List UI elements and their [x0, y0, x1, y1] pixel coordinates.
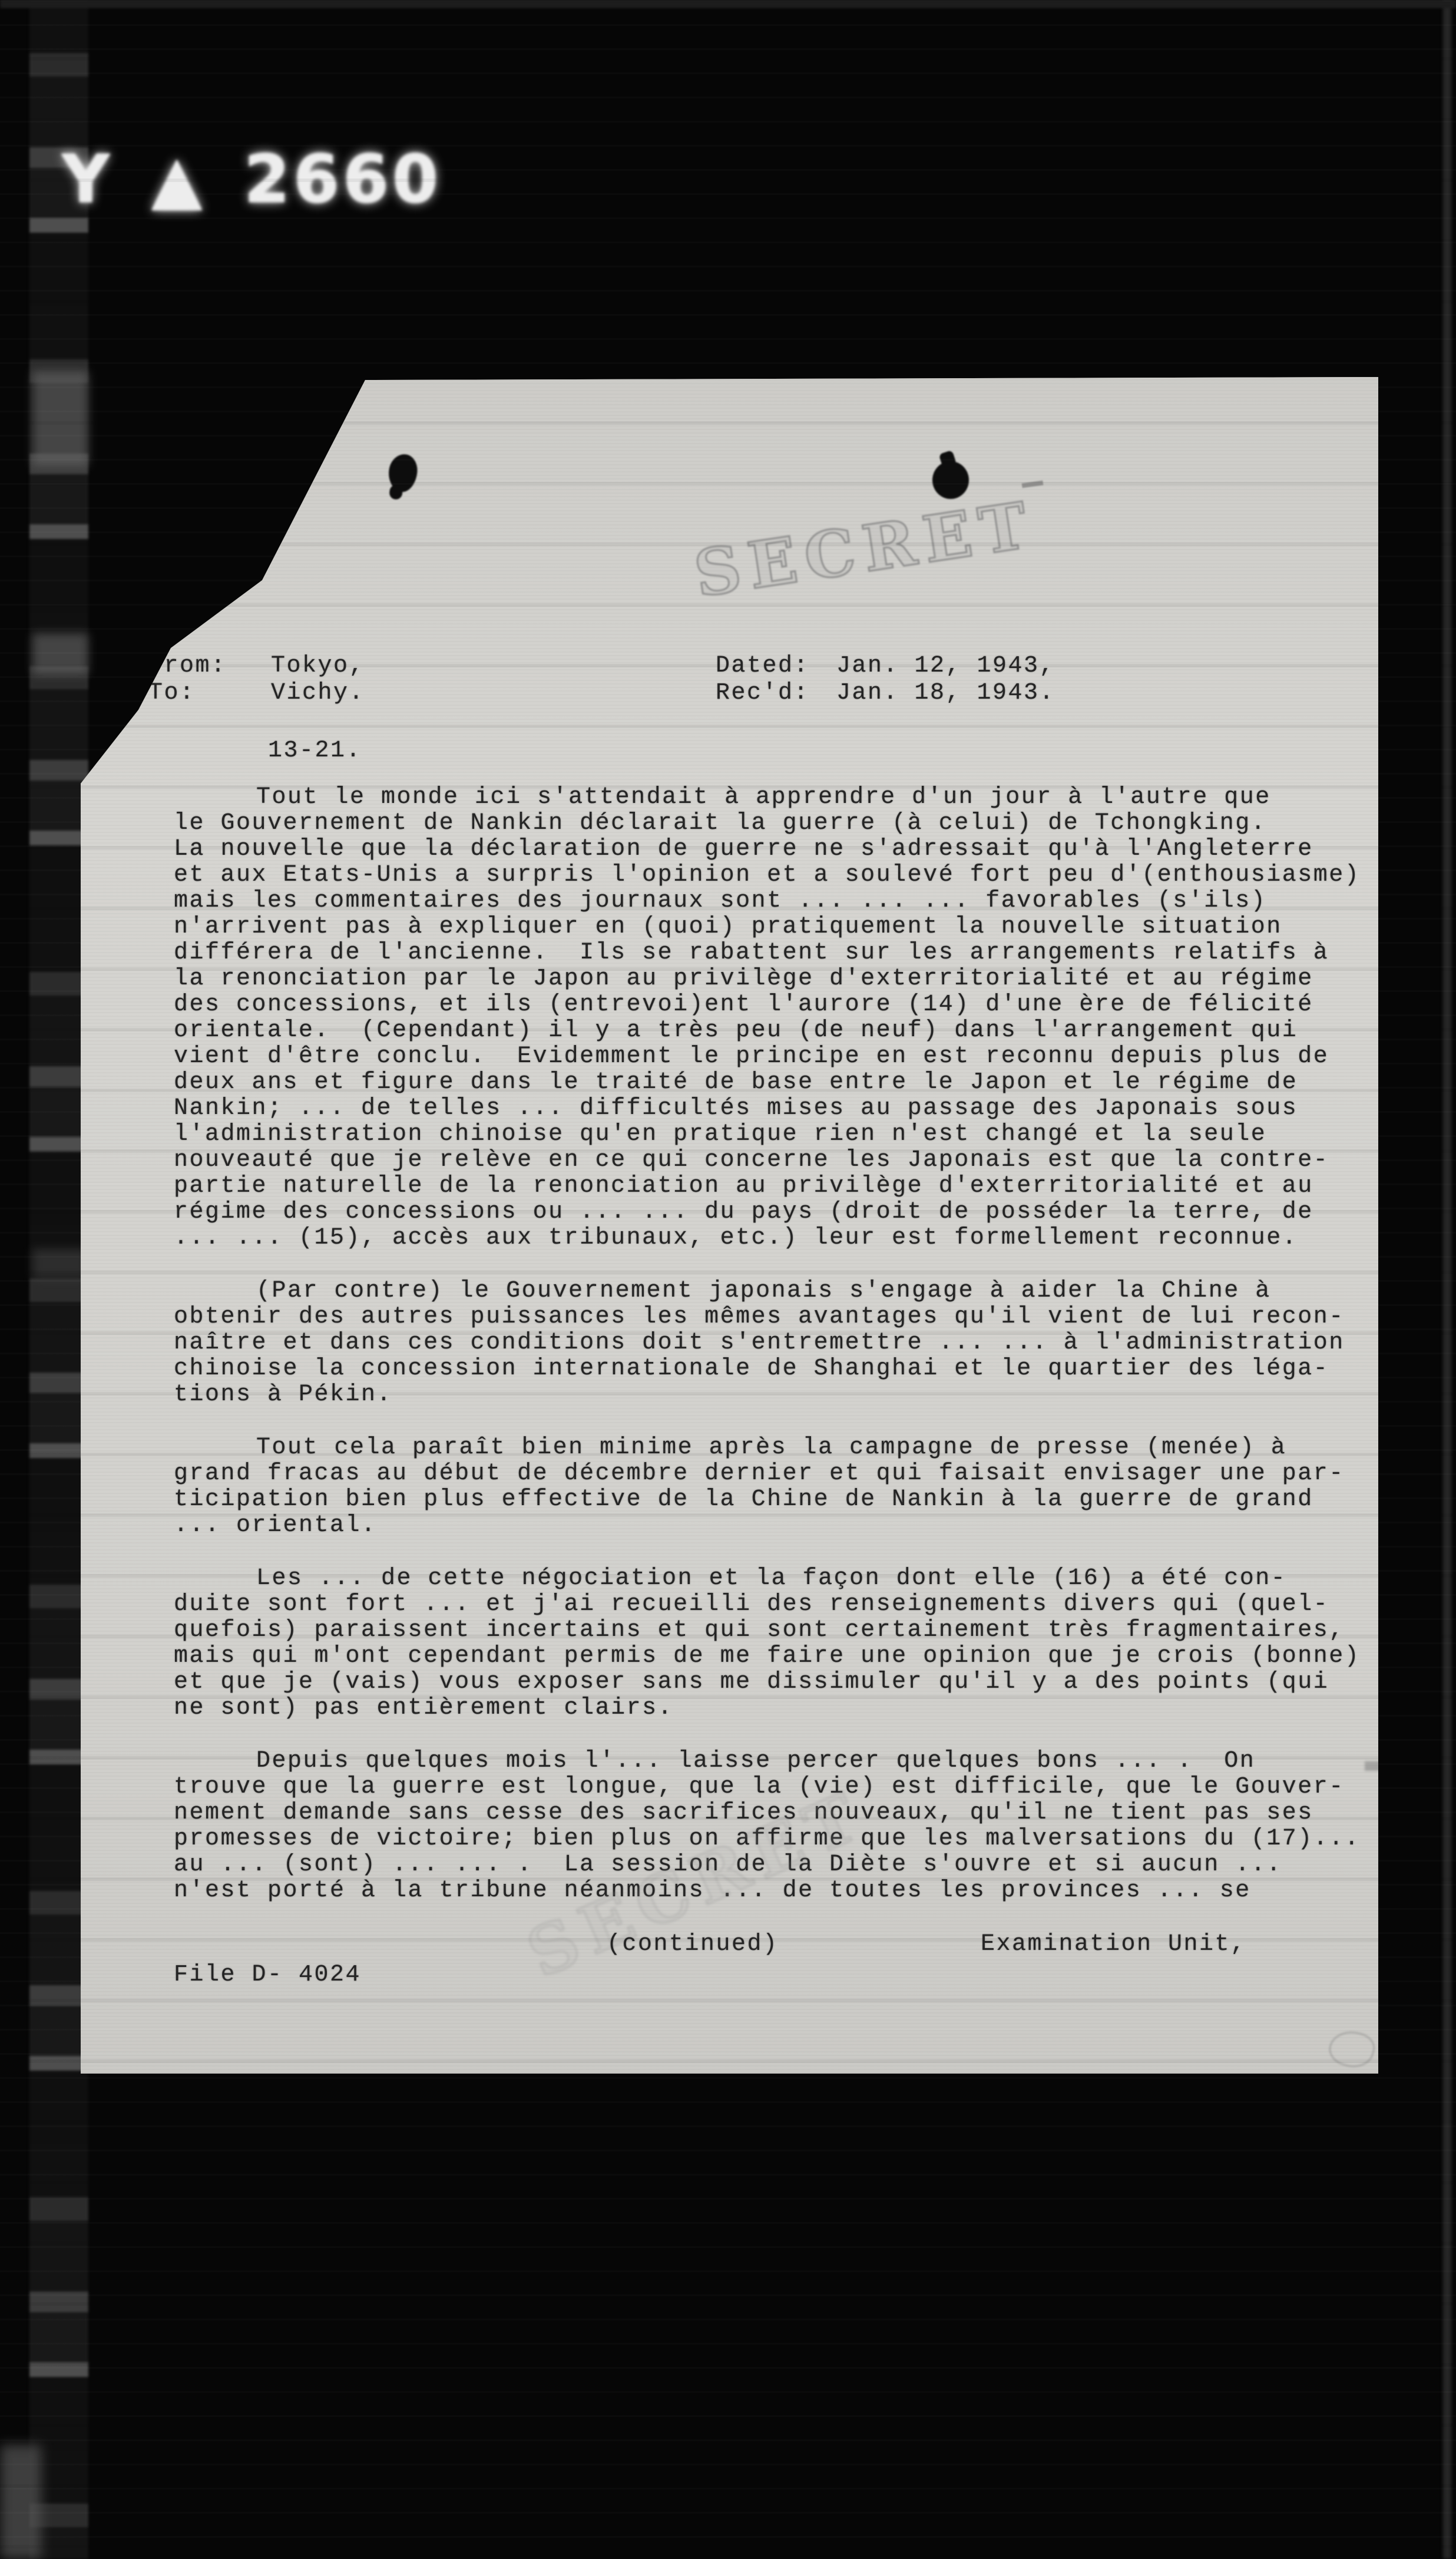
dated-label: Dated:: [716, 653, 836, 679]
received-line: Rec'd:Jan. 18, 1943.: [716, 680, 1055, 706]
photostat-scan: { "corner_code": { "text": "Y ▲ 2660" },…: [0, 0, 1456, 2559]
document-page: SECRET From:Tokyo, To:Vichy. Dated:Jan. …: [81, 373, 1378, 2074]
film-smudge: [32, 371, 88, 465]
from-label: From:: [148, 653, 271, 679]
film-smudge: [0, 2445, 41, 2559]
dated-value: Jan. 12, 1943,: [836, 653, 1055, 679]
film-smudge: [32, 633, 88, 675]
punch-hole: [386, 452, 419, 494]
pencil-mark: [1022, 481, 1044, 488]
film-edge-line: [1443, 0, 1451, 2559]
pencil-mark: [1365, 1761, 1382, 1771]
file-number: File D- 4024: [174, 1962, 361, 1988]
film-smudge: [32, 1249, 88, 1278]
examination-unit-signature: Examination Unit,: [981, 1931, 1246, 1958]
serial-number: 13-21.: [268, 738, 362, 764]
dated-line: Dated:Jan. 12, 1943,: [716, 653, 1055, 679]
punch-hole: [932, 461, 969, 499]
paragraph: Tout cela paraît bien minime après la ca…: [174, 1435, 1382, 1539]
paragraph: Tout le monde ici s'attendait à apprendr…: [174, 785, 1382, 1251]
frame-code: Y ▲ 2660: [62, 141, 442, 218]
paragraph: (Par contre) le Gouvernement japonais s'…: [174, 1278, 1382, 1408]
from-value: Tokyo,: [271, 653, 365, 679]
to-value: Vichy.: [271, 680, 365, 706]
received-label: Rec'd:: [716, 680, 836, 706]
punch-hole-tail: [389, 484, 403, 500]
punch-hole-tail: [939, 450, 957, 469]
paragraph: Les ... de cette négociation et la façon…: [174, 1566, 1382, 1721]
received-value: Jan. 18, 1943.: [836, 680, 1055, 706]
film-edge-band: [0, 0, 1456, 8]
to-line: To:Vichy.: [148, 680, 365, 706]
from-line: From:Tokyo,: [148, 653, 365, 679]
secret-stamp: SECRET: [690, 488, 1040, 612]
to-label: To:: [148, 680, 271, 706]
message-body: Tout le monde ici s'attendait à apprendr…: [174, 785, 1382, 1904]
continued-note: (continued): [607, 1931, 779, 1958]
pencil-mark: [1325, 2026, 1378, 2072]
